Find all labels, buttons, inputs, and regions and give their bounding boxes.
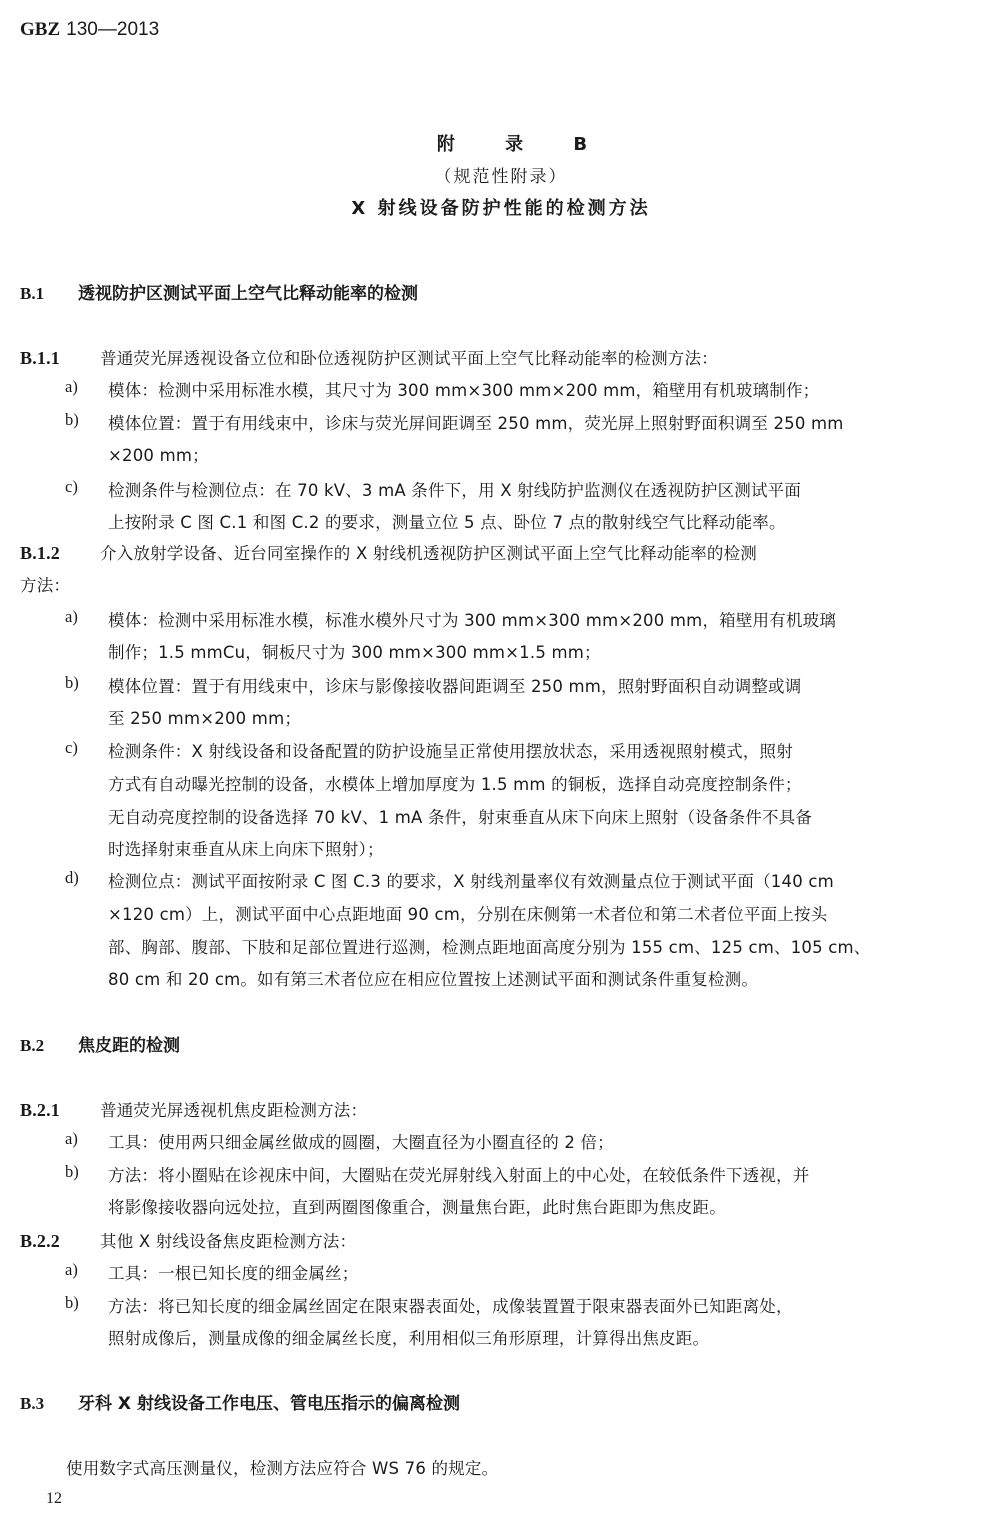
list-item-text: 检测位点：测试平面按附录 C 图 C.3 的要求，X 射线剂量率仪有效测量点位于…	[108, 868, 834, 892]
list-item-text: 将影像接收器向远处拉，直到两圈图像重合，测量焦台距，此时焦台距即为焦皮距。	[108, 1194, 726, 1218]
section-number: B.1	[20, 284, 78, 304]
list-label: c)	[65, 477, 78, 497]
page-number: 12	[46, 1490, 62, 1508]
list-item-text: ×200 mm；	[108, 442, 209, 466]
list-label: a)	[65, 1260, 78, 1280]
list-item-text: 检测条件与检测位点：在 70 kV、3 mA 条件下，用 X 射线防护监测仪在透…	[108, 477, 801, 501]
page-header: GBZ 130—2013	[20, 18, 159, 41]
list-item-text: 检测条件：X 射线设备和设备配置的防护设施呈正常使用摆放状态，采用透视照射模式，…	[108, 738, 793, 762]
list-label: a)	[65, 1129, 78, 1149]
list-label: b)	[65, 410, 79, 430]
list-item-text: 方法：将小圈贴在诊视床中间，大圈贴在荧光屏射线入射面上的中心处，在较低条件下透视…	[108, 1162, 809, 1186]
clause-b22-heading: B.2.2其他 X 射线设备焦皮距检测方法：	[20, 1228, 356, 1252]
list-item-text: 至 250 mm×200 mm；	[108, 705, 301, 729]
clause-number: B.1.1	[20, 348, 100, 369]
clause-b12-heading: B.1.2介入放射学设备、近台同室操作的 X 射线机透视防护区测试平面上空气比释…	[20, 540, 757, 564]
list-item-text: 方法：将已知长度的细金属丝固定在限束器表面处，成像装置置于限束器表面外已知距离处…	[108, 1293, 793, 1317]
standard-number: 130—2013	[66, 19, 159, 40]
list-item-text: ×120 cm）上，测试平面中心点距地面 90 cm，分别在床侧第一术者位和第二…	[108, 901, 827, 925]
list-label: a)	[65, 377, 78, 397]
clause-number: B.2.2	[20, 1231, 100, 1252]
list-item-text: 工具：一根已知长度的细金属丝；	[108, 1260, 359, 1284]
list-item-text: 无自动亮度控制的设备选择 70 kV、1 mA 条件，射束垂直从床下向床上照射（…	[108, 804, 812, 828]
section-heading-b1: B.1透视防护区测试平面上空气比释动能率的检测	[20, 279, 418, 304]
clause-title: 其他 X 射线设备焦皮距检测方法：	[100, 1232, 356, 1251]
list-item-text: 部、胸部、腹部、下肢和足部位置进行巡测，检测点距地面高度分别为 155 cm、1…	[108, 934, 871, 958]
list-item-text: 模体位置：置于有用线束中，诊床与荧光屏间距调至 250 mm，荧光屏上照射野面积…	[108, 410, 844, 434]
clause-number: B.1.2	[20, 543, 100, 564]
list-item-text: 80 cm 和 20 cm。如有第三术者位应在相应位置按上述测试平面和测试条件重…	[108, 966, 758, 990]
section-number: B.3	[20, 1394, 78, 1414]
list-label: c)	[65, 738, 78, 758]
list-label: d)	[65, 868, 79, 888]
section-title: 焦皮距的检测	[78, 1036, 180, 1056]
clause-b21-heading: B.2.1普通荧光屏透视机焦皮距检测方法：	[20, 1097, 367, 1121]
appendix-title: 附 录 B	[0, 130, 1002, 156]
clause-b11-heading: B.1.1普通荧光屏透视设备立位和卧位透视防护区测试平面上空气比释动能率的检测方…	[20, 345, 718, 369]
clause-number: B.2.1	[20, 1100, 100, 1121]
list-item-text: 模体：检测中采用标准水模，标准水模外尺寸为 300 mm×300 mm×200 …	[108, 607, 836, 631]
clause-title-continued: 方法：	[20, 572, 70, 596]
appendix-type: （规范性附录）	[0, 162, 1002, 187]
clause-title: 介入放射学设备、近台同室操作的 X 射线机透视防护区测试平面上空气比释动能率的检…	[100, 544, 757, 563]
list-item-text: 方式有自动曝光控制的设备，水模体上增加厚度为 1.5 mm 的铜板，选择自动亮度…	[108, 771, 802, 795]
list-label: a)	[65, 607, 78, 627]
list-item-text: 工具：使用两只细金属丝做成的圆圈，大圈直径为小圈直径的 2 倍；	[108, 1129, 614, 1153]
section-number: B.2	[20, 1036, 78, 1056]
list-item-text: 制作；1.5 mmCu，铜板尺寸为 300 mm×300 mm×1.5 mm；	[108, 639, 601, 663]
list-item-text: 模体位置：置于有用线束中，诊床与影像接收器间距调至 250 mm，照射野面积自动…	[108, 673, 801, 697]
list-label: b)	[65, 1293, 79, 1313]
section-heading-b2: B.2焦皮距的检测	[20, 1031, 180, 1056]
list-item-text: 时选择射束垂直从床上向床下照射）；	[108, 836, 384, 860]
clause-title: 普通荧光屏透视机焦皮距检测方法：	[100, 1101, 367, 1120]
section-body: 使用数字式高压测量仪，检测方法应符合 WS 76 的规定。	[66, 1455, 498, 1479]
clause-title: 普通荧光屏透视设备立位和卧位透视防护区测试平面上空气比释动能率的检测方法：	[100, 349, 718, 368]
section-title: 透视防护区测试平面上空气比释动能率的检测	[78, 284, 418, 304]
list-label: b)	[65, 1162, 79, 1182]
list-label: b)	[65, 673, 79, 693]
list-item-text: 上按附录 C 图 C.1 和图 C.2 的要求，测量立位 5 点、卧位 7 点的…	[108, 509, 786, 533]
list-item-text: 模体：检测中采用标准水模，其尺寸为 300 mm×300 mm×200 mm，箱…	[108, 377, 819, 401]
appendix-subtitle: X 射线设备防护性能的检测方法	[0, 194, 1002, 220]
section-title: 牙科 X 射线设备工作电压、管电压指示的偏离检测	[78, 1394, 460, 1414]
section-heading-b3: B.3牙科 X 射线设备工作电压、管电压指示的偏离检测	[20, 1389, 460, 1414]
standard-prefix: GBZ	[20, 19, 60, 40]
list-item-text: 照射成像后，测量成像的细金属丝长度，利用相似三角形原理，计算得出焦皮距。	[108, 1325, 709, 1349]
